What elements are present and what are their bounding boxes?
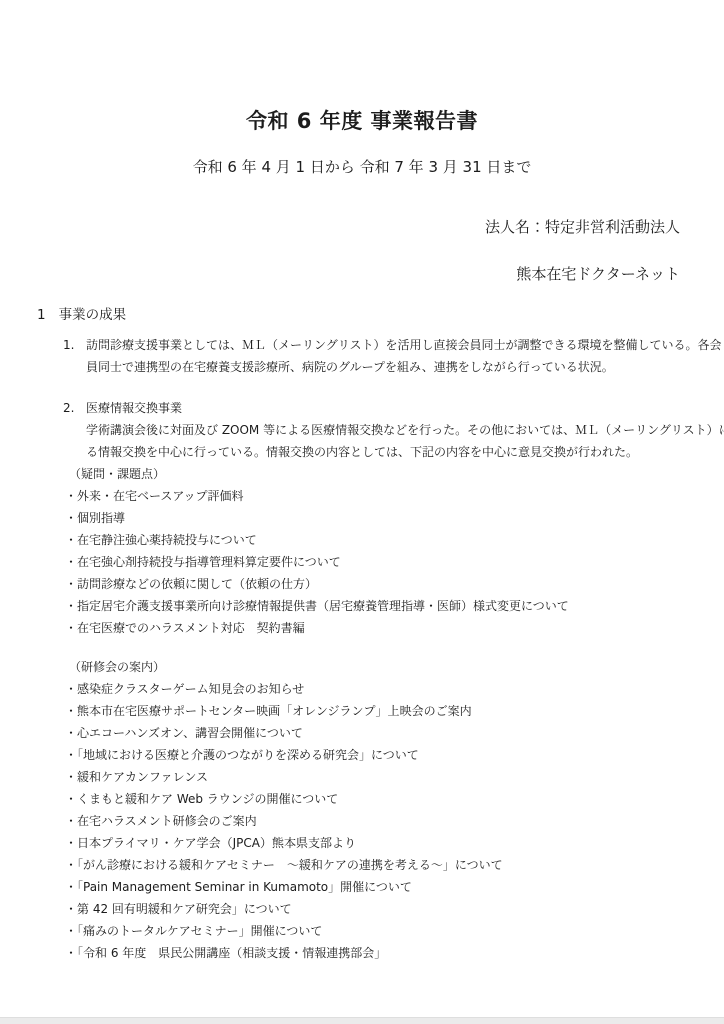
report-page: 令和 6 年度 事業報告書 令和 6 年 4 月 1 日から 令和 7 年 3 … xyxy=(0,0,724,1024)
bullet-item: ・感染症クラスターゲーム知見会のお知らせ xyxy=(65,678,724,700)
questions-group: （疑問・課題点） ・外来・在宅ベースアップ評価料 ・個別指導 ・在宅静注強心薬持… xyxy=(65,463,724,639)
seminars-group: （研修会の案内） ・感染症クラスターゲーム知見会のお知らせ ・熊本市在宅医療サポ… xyxy=(65,656,724,964)
bullet-item: ・第 42 回有明緩和ケア研究会」について xyxy=(65,898,724,920)
paragraph-line: る情報交換を中心に行っている。情報交換の内容としては、下記の内容を中心に意見交換… xyxy=(86,441,724,463)
results-list: 1. 訪問診療支援事業としては、ＭＬ（メーリングリスト）を活用し直接会員同士が調… xyxy=(0,334,724,964)
seminars-group-header: （研修会の案内） xyxy=(65,656,724,678)
paragraph-line: 員同士で連携型の在宅療養支援診療所、病院のグループを組み、連携をしながら行ってい… xyxy=(86,356,724,378)
bullet-item: ・外来・在宅ベースアップ評価料 xyxy=(65,485,724,507)
bullet-item: ・「痛みのトータルケアセミナー」開催について xyxy=(65,920,724,942)
list-item-1: 1. 訪問診療支援事業としては、ＭＬ（メーリングリスト）を活用し直接会員同士が調… xyxy=(63,334,724,378)
bullet-item: ・在宅強心剤持続投与指導管理料算定要件について xyxy=(65,551,724,573)
page-bottom-edge xyxy=(0,1017,724,1024)
bullet-item: ・緩和ケアカンファレンス xyxy=(65,766,724,788)
bullet-item: ・訪問診療などの依頼に関して（依頼の仕方） xyxy=(65,573,724,595)
bullet-item: ・「Pain Management Seminar in Kumamoto」開催… xyxy=(65,876,724,898)
list-item-2: 2. 医療情報交換事業 学術講演会後に対面及び ZOOM 等による医療情報交換な… xyxy=(63,397,724,964)
bullet-item: ・日本プライマリ・ケア学会（JPCA）熊本県支部より xyxy=(65,832,724,854)
bullet-item: ・心エコーハンズオン、講習会開催について xyxy=(65,722,724,744)
section-number: 1 xyxy=(37,307,46,323)
corporation-name: 熊本在宅ドクターネット xyxy=(0,264,724,284)
section-heading: 1事業の成果 xyxy=(0,305,724,325)
group-gap xyxy=(86,639,724,656)
bullet-item: ・「地域における医療と介護のつながりを深める研究会」について xyxy=(65,744,724,766)
list-item-1-number: 1. xyxy=(63,334,74,356)
list-item-2-number: 2. xyxy=(63,397,74,419)
paragraph-line: 訪問診療支援事業としては、ＭＬ（メーリングリスト）を活用し直接会員同士が調整でき… xyxy=(86,334,724,356)
bullet-item: ・在宅静注強心薬持続投与について xyxy=(65,529,724,551)
section-title: 事業の成果 xyxy=(59,307,127,323)
bullet-item: ・個別指導 xyxy=(65,507,724,529)
list-item-2-title: 医療情報交換事業 xyxy=(86,397,724,419)
document-title: 令和 6 年度 事業報告書 xyxy=(0,107,724,135)
bullet-item: ・在宅医療でのハラスメント対応 契約書編 xyxy=(65,617,724,639)
bullet-item: ・指定居宅介護支援事業所向け診療情報提供書（居宅療養管理指導・医師）様式変更につ… xyxy=(65,595,724,617)
bullet-item: ・在宅ハラスメント研修会のご案内 xyxy=(65,810,724,832)
corporation-label: 法人名：特定非営利活動法人 xyxy=(0,217,724,237)
bullet-item: ・「令和 6 年度 県民公開講座（相談支援・情報連携部会」 xyxy=(65,942,724,964)
questions-group-header: （疑問・課題点） xyxy=(65,463,724,485)
paragraph-line: 学術講演会後に対面及び ZOOM 等による医療情報交換などを行った。その他におい… xyxy=(86,419,724,441)
bullet-item: ・「がん診療における緩和ケアセミナー ～緩和ケアの連携を考える～」について xyxy=(65,854,724,876)
report-period: 令和 6 年 4 月 1 日から 令和 7 年 3 月 31 日まで xyxy=(0,157,724,178)
bullet-item: ・熊本市在宅医療サポートセンター映画「オレンジランプ」上映会のご案内 xyxy=(65,700,724,722)
bullet-item: ・くまもと緩和ケア Web ラウンジの開催について xyxy=(65,788,724,810)
